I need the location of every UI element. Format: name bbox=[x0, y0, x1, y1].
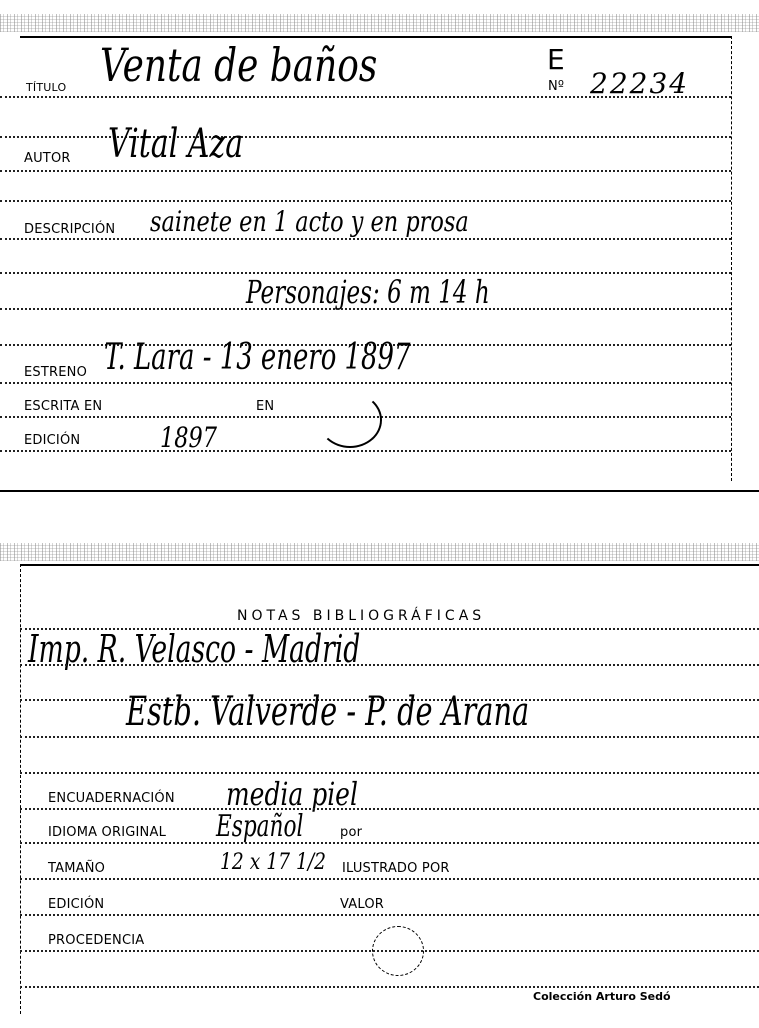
autor-line bbox=[0, 170, 731, 172]
descripcion-value-line2: Personajes: 6 m 14 h bbox=[246, 276, 490, 308]
estreno-label: ESTRENO bbox=[24, 366, 87, 379]
autor-value: Vital Aza bbox=[108, 124, 243, 164]
edicion-line bbox=[0, 450, 731, 452]
tamano-line bbox=[20, 878, 759, 880]
titulo-line bbox=[0, 96, 731, 98]
edicion-line bbox=[20, 914, 759, 916]
scan-noise-band bbox=[0, 543, 759, 561]
edicion-label: EDICIÓN bbox=[48, 898, 104, 911]
descripcion-value: sainete en 1 acto y en prosa bbox=[150, 208, 469, 236]
estreno-line bbox=[0, 382, 731, 384]
card-separator bbox=[0, 490, 759, 492]
tamano-label: TAMAÑO bbox=[48, 862, 105, 875]
descripcion-line bbox=[0, 238, 731, 240]
rule-line bbox=[20, 772, 759, 774]
encuadernacion-label: ENCUADERNACIÓN bbox=[48, 792, 175, 805]
notas-bibliograficas-heading: NOTAS BIBLIOGRÁFICAS bbox=[237, 608, 485, 624]
idioma-original-line bbox=[20, 842, 759, 844]
rule-line bbox=[20, 986, 759, 988]
note-line-2: Estb. Valverde - P. de Arana bbox=[126, 692, 529, 732]
rule-line bbox=[20, 664, 759, 666]
rule-line bbox=[0, 308, 731, 310]
card-left-edge bbox=[20, 564, 21, 1014]
idioma-original-value: Español bbox=[216, 812, 303, 842]
idioma-original-label: IDIOMA ORIGINAL bbox=[48, 826, 166, 839]
scan-noise-band bbox=[0, 14, 759, 32]
note-line-1: Imp. R. Velasco - Madrid bbox=[28, 630, 360, 668]
edicion-label: EDICIÓN bbox=[24, 434, 80, 447]
numero-label: Nº bbox=[548, 80, 564, 93]
card-right-edge bbox=[731, 36, 732, 481]
titulo-value: Venta de baños bbox=[100, 42, 377, 88]
por-label: por bbox=[340, 826, 362, 839]
autor-label: AUTOR bbox=[24, 152, 71, 165]
rule-line bbox=[0, 200, 731, 202]
titulo-label: TÍTULO bbox=[26, 82, 66, 93]
numero-value: 22234 bbox=[590, 70, 689, 98]
rule-line bbox=[20, 736, 759, 738]
card-top-border bbox=[20, 564, 759, 566]
en-label: EN bbox=[256, 400, 274, 413]
valor-label: VALOR bbox=[340, 898, 384, 911]
stamp-circle-mark bbox=[372, 926, 424, 976]
encuadernacion-value: media piel bbox=[226, 778, 358, 810]
collection-credit: Colección Arturo Sedó bbox=[533, 990, 671, 1003]
procedencia-label: PROCEDENCIA bbox=[48, 934, 144, 947]
escrita-en-label: ESCRITA EN bbox=[24, 400, 102, 413]
estreno-value: T. Lara - 13 enero 1897 bbox=[104, 340, 411, 376]
descripcion-label: DESCRIPCIÓN bbox=[24, 223, 115, 236]
encuadernacion-line bbox=[20, 808, 759, 810]
tamano-value: 12 x 17 1/2 bbox=[220, 852, 326, 874]
edicion-value: 1897 bbox=[160, 424, 217, 452]
ilustrado-por-label: ILUSTRADO POR bbox=[342, 862, 450, 875]
numero-prefix: E bbox=[547, 46, 565, 74]
stamp-circle-mark bbox=[318, 392, 382, 448]
